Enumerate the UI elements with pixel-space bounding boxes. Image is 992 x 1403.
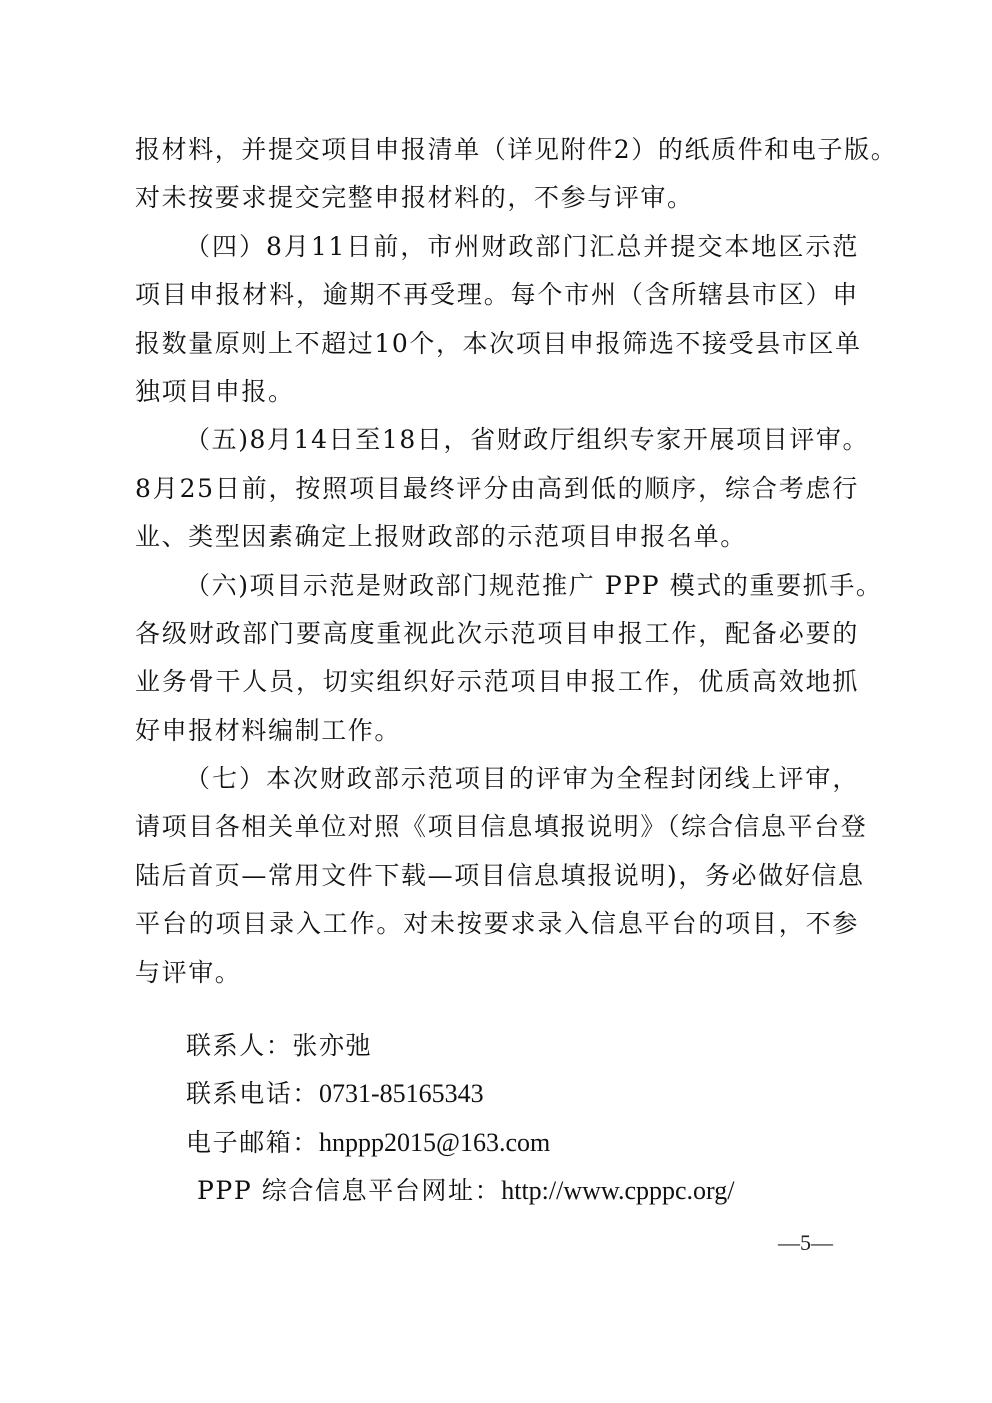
text-line: （七）本次财政部示范项目的评审为全程封闭线上评审， [135, 755, 859, 803]
document-page: 报材料，并提交项目申报清单（详见附件2）的纸质件和电子版。 对未按要求提交完整申… [0, 0, 992, 1403]
text-line: （六)项目示范是财政部门规范推广 PPP 模式的重要抓手。 [135, 562, 859, 610]
text-line: 各级财政部门要高度重视此次示范项目申报工作，配备必要的 [135, 610, 859, 658]
contact-phone: 联系电话：0731-85165343 [186, 1070, 734, 1118]
contact-website-label: PPP 综合信息平台网址： [197, 1176, 501, 1205]
text-line: 请项目各相关单位对照《项目信息填报说明》（综合信息平台登 [135, 803, 859, 851]
paragraph-item-7: （七）本次财政部示范项目的评审为全程封闭线上评审， 请项目各相关单位对照《项目信… [135, 755, 859, 997]
contact-website: PPP 综合信息平台网址：http://www.cpppc.org/ [186, 1167, 734, 1215]
text-line: 好申报材料编制工作。 [135, 707, 859, 755]
contact-website-link[interactable]: http://www.cpppc.org/ [501, 1176, 734, 1205]
contact-email-label: 电子邮箱： [186, 1128, 319, 1157]
paragraph-item-6: （六)项目示范是财政部门规范推广 PPP 模式的重要抓手。 各级财政部门要高度重… [135, 562, 859, 756]
contact-email-link[interactable]: hnppp2015@163.com [319, 1128, 550, 1157]
text-line: 对未按要求提交完整申报材料的，不参与评审。 [135, 174, 859, 222]
contact-block: 联系人：张亦弛 联系电话：0731-85165343 电子邮箱：hnppp201… [186, 1022, 734, 1216]
text-line: （五)8月14日至18日，省财政厅组织专家开展项目评审。 [135, 416, 859, 464]
text-line: 8月25日前，按照项目最终评分由高到低的顺序，综合考虑行 [135, 465, 859, 513]
text-line: 业务骨干人员，切实组织好示范项目申报工作，优质高效地抓 [135, 658, 859, 706]
contact-email: 电子邮箱：hnppp2015@163.com [186, 1119, 734, 1167]
text-line: 项目申报材料，逾期不再受理。每个市州（含所辖县市区）申 [135, 271, 859, 319]
contact-person-label: 联系人： [186, 1031, 292, 1060]
paragraph-item-4: （四）8月11日前，市州财政部门汇总并提交本地区示范 项目申报材料，逾期不再受理… [135, 223, 859, 417]
contact-person-value: 张亦弛 [292, 1031, 372, 1060]
text-line: 与评审。 [135, 949, 859, 997]
paragraph-continuation: 报材料，并提交项目申报清单（详见附件2）的纸质件和电子版。 对未按要求提交完整申… [135, 126, 859, 223]
text-line: 业、类型因素确定上报财政部的示范项目申报名单。 [135, 513, 859, 561]
document-body: 报材料，并提交项目申报清单（详见附件2）的纸质件和电子版。 对未按要求提交完整申… [135, 126, 859, 997]
page-number: —5— [778, 1230, 833, 1256]
text-line: 报数量原则上不超过10个，本次项目申报筛选不接受县市区单 [135, 320, 859, 368]
text-line: （四）8月11日前，市州财政部门汇总并提交本地区示范 [135, 223, 859, 271]
text-line: 独项目申报。 [135, 368, 859, 416]
contact-phone-label: 联系电话： [186, 1079, 319, 1108]
text-line: 报材料，并提交项目申报清单（详见附件2）的纸质件和电子版。 [135, 126, 859, 174]
contact-person: 联系人：张亦弛 [186, 1022, 734, 1070]
text-line: 陆后首页—常用文件下载—项目信息填报说明)，务必做好信息 [135, 852, 859, 900]
paragraph-item-5: （五)8月14日至18日，省财政厅组织专家开展项目评审。 8月25日前，按照项目… [135, 416, 859, 561]
contact-phone-value: 0731-85165343 [319, 1079, 484, 1108]
text-line: 平台的项目录入工作。对未按要求录入信息平台的项目，不参 [135, 900, 859, 948]
